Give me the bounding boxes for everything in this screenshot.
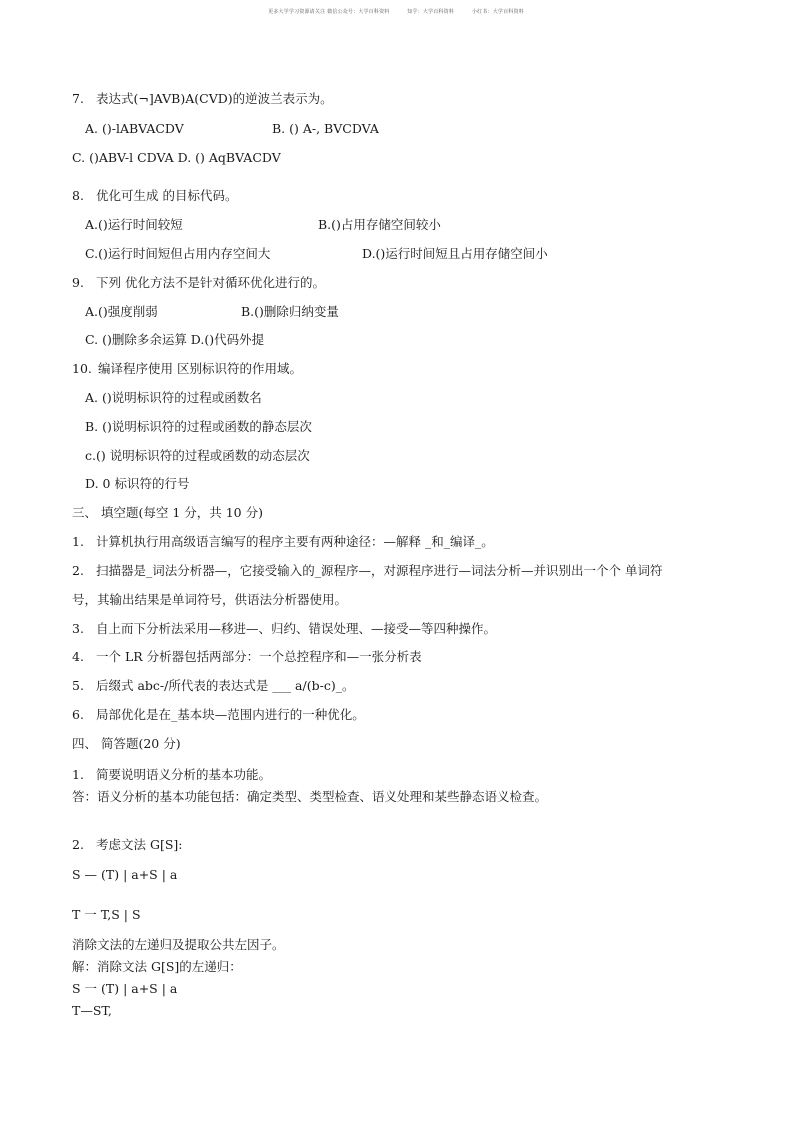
- solution-rule-t: T—ST,: [72, 1003, 112, 1019]
- question-7-stem: 7.表达式(¬]AVB)A(CVD)的逆波兰表示为。: [72, 91, 333, 107]
- fill-item-2: 2.扫描器是_词法分析器—，它接受输入的_源程序—，对源程序进行—词法分析—并识…: [72, 563, 662, 579]
- short-answer-2-task: 消除文法的左递归及提取公共左因子。: [72, 937, 285, 953]
- item-number: 2.: [72, 837, 96, 853]
- question-8-option-a: A.()运行时间较短: [85, 217, 183, 233]
- question-9-option-b: B.()删除归纳变量: [241, 304, 339, 320]
- question-7-option-a: A. ()-lABVACDV: [85, 121, 184, 137]
- item-text: 简要说明语义分析的基本功能。: [96, 767, 271, 782]
- fill-item-4: 4.一个 LR 分析器包括两部分：一个总控程序和—一张分析表: [72, 649, 422, 665]
- item-number: 4.: [72, 649, 96, 665]
- question-number: 8.: [72, 188, 96, 204]
- question-10-option-a: A. ()说明标识符的过程或函数名: [85, 390, 262, 406]
- question-text: 编译程序使用 区别标识符的作用域。: [98, 361, 302, 376]
- question-number: 7.: [72, 91, 96, 107]
- section-3-title: 三、 填空题(每空 1 分，共 10 分): [72, 505, 263, 521]
- item-text: 计算机执行用高级语言编写的程序主要有两种途径：—解释 _和_编译_。: [96, 534, 494, 549]
- item-number: 5.: [72, 678, 96, 694]
- item-number: 1.: [72, 767, 96, 783]
- section-4-title: 四、 简答题(20 分): [72, 736, 181, 752]
- question-9-stem: 9.下列 优化方法不是针对循环优化进行的。: [72, 275, 325, 291]
- question-text: 下列 优化方法不是针对循环优化进行的。: [96, 275, 325, 290]
- item-text: 自上而下分析法采用—移进—、归约、错误处理、—接受—等四种操作。: [96, 621, 496, 636]
- question-7-options-cd: C. ()ABV-l CDVA D. () AqBVACDV: [72, 150, 281, 166]
- question-8-stem: 8.优化可生成 的目标代码。: [72, 188, 237, 204]
- question-8-option-b: B.()占用存储空间较小: [318, 217, 441, 233]
- fill-item-5: 5.后缀式 abc-/所代表的表达式是 ___ a/(b-c)_。: [72, 678, 354, 694]
- solution-intro: 解：消除文法 G[S]的左递归：: [72, 959, 242, 975]
- item-number: 2.: [72, 563, 96, 579]
- question-8-option-c: C.()运行时间短但占用内存空间大: [85, 246, 270, 262]
- question-9-option-a: A.()强度削弱: [85, 304, 158, 320]
- question-text: 优化可生成 的目标代码。: [96, 188, 237, 203]
- question-number: 10.: [72, 361, 98, 377]
- question-7-option-b: B. () A-, BVCDVA: [272, 121, 379, 137]
- item-text: 一个 LR 分析器包括两部分：一个总控程序和—一张分析表: [96, 649, 422, 664]
- header-text: 小红书：大学百科资料: [472, 9, 524, 15]
- short-answer-1-answer: 答：语义分析的基本功能包括：确定类型、类型检查、语义处理和某些静态语义检查。: [72, 789, 547, 805]
- header-text: 知乎：大学百科资料: [407, 9, 454, 15]
- page-header-banner: 更多大学学习资源请关注 微信公众号：大学百科资料 知乎：大学百科资料 小红书：大…: [0, 8, 792, 15]
- question-10-stem: 10.编译程序使用 区别标识符的作用域。: [72, 361, 302, 377]
- grammar-rule-t: T 一 T,S | S: [72, 907, 141, 923]
- item-number: 1.: [72, 534, 96, 550]
- solution-rule-s: S 一 (T) | a+S | a: [72, 981, 177, 997]
- fill-item-1: 1.计算机执行用高级语言编写的程序主要有两种途径：—解释 _和_编译_。: [72, 534, 494, 550]
- item-text: 扫描器是_词法分析器—，它接受输入的_源程序—，对源程序进行—词法分析—并识别出…: [96, 563, 662, 578]
- item-text: 后缀式 abc-/所代表的表达式是 ___ a/(b-c)_。: [96, 678, 354, 693]
- header-text: 更多大学学习资源请关注 微信公众号：大学百科资料: [268, 9, 389, 15]
- question-10-option-d: D. 0 标识符的行号: [85, 476, 189, 492]
- question-9-options-cd: C. ()删除多余运算 D.()代码外提: [85, 332, 264, 348]
- item-number: 6.: [72, 707, 96, 723]
- grammar-rule-s: S — (T) | a+S | a: [72, 867, 177, 883]
- item-text: 局部优化是在_基本块—范围内进行的一种优化。: [96, 707, 365, 722]
- item-number: 3.: [72, 621, 96, 637]
- item-text: 考虑文法 G[S]:: [96, 837, 183, 852]
- fill-item-6: 6.局部优化是在_基本块—范围内进行的一种优化。: [72, 707, 365, 723]
- question-number: 9.: [72, 275, 96, 291]
- question-8-option-d: D.()运行时间短且占用存储空间小: [362, 246, 548, 262]
- question-10-option-b: B. ()说明标识符的过程或函数的静态层次: [85, 419, 312, 435]
- fill-item-3: 3.自上而下分析法采用—移进—、归约、错误处理、—接受—等四种操作。: [72, 621, 496, 637]
- question-10-option-c: c.() 说明标识符的过程或函数的动态层次: [85, 448, 310, 464]
- short-answer-1-stem: 1.简要说明语义分析的基本功能。: [72, 767, 271, 783]
- fill-item-2-continued: 号，其输出结果是单词符号，供语法分析器使用。: [72, 592, 347, 608]
- question-text: 表达式(¬]AVB)A(CVD)的逆波兰表示为。: [96, 91, 333, 106]
- short-answer-2-stem: 2.考虑文法 G[S]:: [72, 837, 183, 853]
